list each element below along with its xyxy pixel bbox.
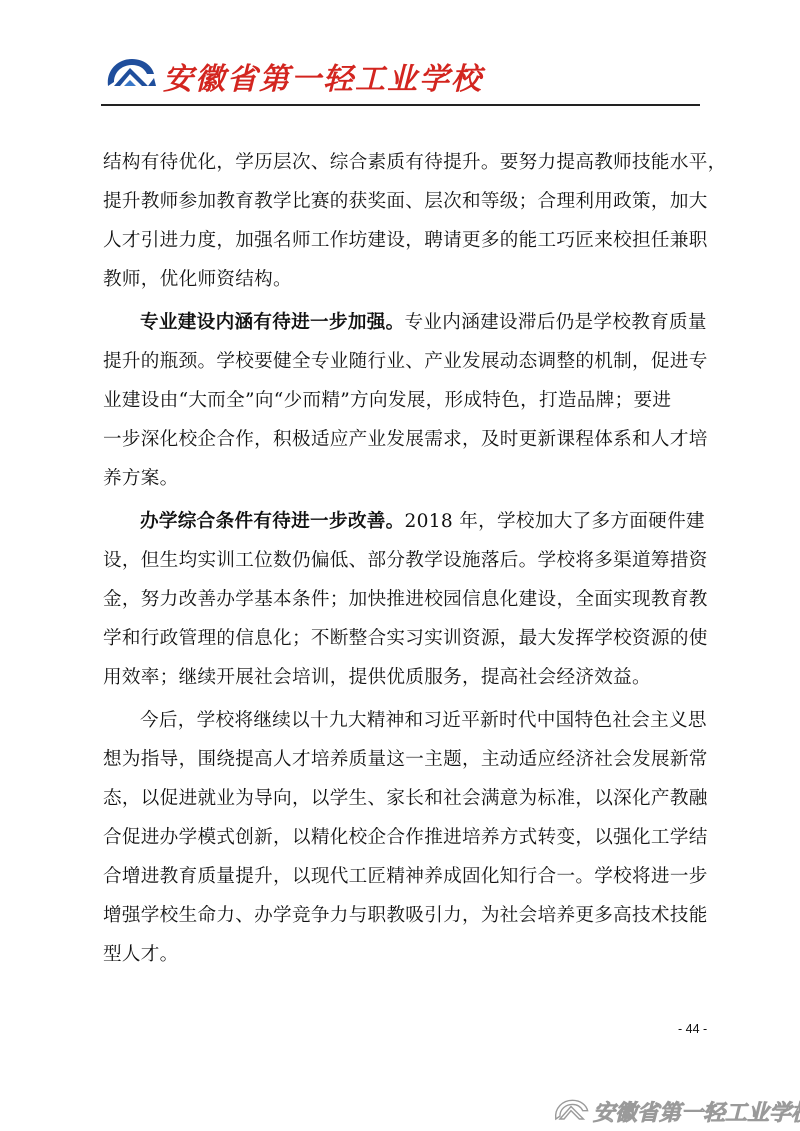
text-run: 2018 年，学校加大了多方面硬件建 (405, 511, 705, 532)
school-logo-outline-icon (553, 1096, 589, 1124)
text-line: 设，但生均实训工位数仍偏低、部分教学设施落后。学校将多渠道筹措资 (103, 541, 703, 580)
paragraph-1: 结构有待优化，学历层次、综合素质有待提升。要努力提高教师技能水平， 提升教师参加… (103, 143, 703, 299)
text-line: 用效率；继续开展社会培训，提供优质服务，提高社会经济效益。 (103, 658, 703, 697)
text-line: 型人才。 (103, 935, 703, 974)
text-line: 人才引进力度，加强名师工作坊建设，聘请更多的能工巧匠来校担任兼职 (103, 221, 703, 260)
text-line: 态，以促进就业为导向，以学生、家长和社会满意为标准，以深化产教融 (103, 779, 703, 818)
page-footer: 安徽省第一轻工业学校 (553, 1094, 763, 1128)
text-line: 提升的瓶颈。学校要健全专业随行业、产业发展动态调整的机制，促进专 (103, 342, 703, 381)
paragraph-heading: 专业建设内涵有待进一步加强。 (140, 312, 405, 333)
text-line: 想为指导，围绕提高人才培养质量这一主题，主动适应经济社会发展新常 (103, 740, 703, 779)
text-line: 提升教师参加教育教学比赛的获奖面、层次和等级；合理利用政策，加大 (103, 182, 703, 221)
text-line: 结构有待优化，学历层次、综合素质有待提升。要努力提高教师技能水平， (103, 143, 703, 182)
text-line: 教师，优化师资结构。 (103, 260, 703, 299)
page-number: - 44 - (678, 1022, 707, 1036)
school-logo-icon (104, 56, 156, 90)
text-line: 专业建设内涵有待进一步加强。专业内涵建设滞后仍是学校教育质量 (103, 303, 703, 342)
text-line: 业建设由“大而全”向“少而精”方向发展，形成特色，打造品牌；要进 (103, 381, 703, 420)
text-line: 办学综合条件有待进一步改善。2018 年，学校加大了多方面硬件建 (103, 502, 703, 541)
text-line: 一步深化校企合作，积极适应产业发展需求，及时更新课程体系和人才培 (103, 420, 703, 459)
paragraph-2: 专业建设内涵有待进一步加强。专业内涵建设滞后仍是学校教育质量 提升的瓶颈。学校要… (103, 303, 703, 498)
text-line: 今后，学校将继续以十九大精神和习近平新时代中国特色社会主义思 (103, 701, 703, 740)
paragraph-heading: 办学综合条件有待进一步改善。 (140, 511, 405, 532)
text-line: 金，努力改善办学基本条件；加快推进校园信息化建设，全面实现教育教 (103, 580, 703, 619)
document-body: 结构有待优化，学历层次、综合素质有待提升。要努力提高教师技能水平， 提升教师参加… (103, 143, 703, 978)
paragraph-4: 今后，学校将继续以十九大精神和习近平新时代中国特色社会主义思 想为指导，围绕提高… (103, 701, 703, 974)
text-run: 专业内涵建设滞后仍是学校教育质量 (405, 312, 707, 333)
text-line: 增强学校生命力、办学竞争力与职教吸引力，为社会培养更多高技术技能 (103, 896, 703, 935)
header-divider (101, 104, 700, 106)
school-name: 安徽省第一轻工业学校 (163, 54, 483, 98)
paragraph-3: 办学综合条件有待进一步改善。2018 年，学校加大了多方面硬件建 设，但生均实训… (103, 502, 703, 697)
text-line: 合促进办学模式创新，以精化校企合作推进培养方式转变，以强化工学结 (103, 818, 703, 857)
text-line: 学和行政管理的信息化；不断整合实习实训资源，最大发挥学校资源的使 (103, 619, 703, 658)
page-header: 安徽省第一轻工业学校 (101, 52, 701, 108)
footer-watermark: 安徽省第一轻工业学校 (593, 1096, 800, 1127)
text-line: 合增进教育质量提升，以现代工匠精神养成固化知行合一。学校将进一步 (103, 857, 703, 896)
text-line: 养方案。 (103, 459, 703, 498)
